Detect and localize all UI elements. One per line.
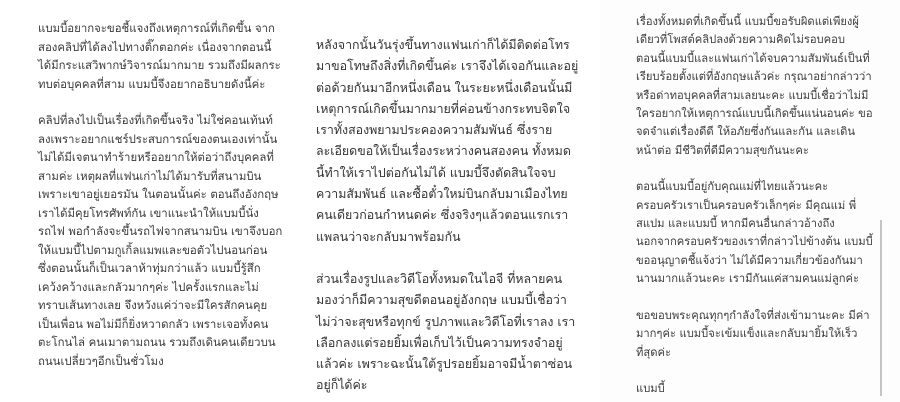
- paragraph-photos-videos: ส่วนเรื่องรูปและวิดีโอทั้งหมดในไอจี ที่ห…: [316, 268, 590, 396]
- scrollbar[interactable]: [880, 220, 882, 396]
- paragraph-responsibility: เรื่องทั้งหมดที่เกิดขึ้นนี้ แบมบี้ขอรับผ…: [636, 13, 900, 160]
- signature: แบมบี้: [636, 380, 900, 398]
- statement-panel-2: หลังจากนั้นวันรุ่งขึ้นทางแฟนเก่าก็ได้มีต…: [300, 0, 590, 402]
- paragraph-intro: แบมบี้อยากจะขอชี้แจงถึงเหตุการณ์ที่เกิดข…: [38, 19, 290, 93]
- paragraph-aftermath: หลังจากนั้นวันรุ่งขึ้นทางแฟนเก่าก็ได้มีต…: [316, 34, 590, 247]
- statement-panel-3: เรื่องทั้งหมดที่เกิดขึ้นนี้ แบมบี้ขอรับผ…: [600, 0, 900, 402]
- paragraph-thanks: ขอขอบพระคุณทุกๆกำลังใจที่ส่งเข้ามานะคะ ม…: [636, 307, 900, 362]
- paragraph-clip-explanation: คลิปที่ลงไปเป็นเรื่องที่เกิดขึ้นจริง ไม่…: [38, 111, 290, 370]
- paragraph-family: ตอนนี้แบมบี้อยู่กับคุณแม่ที่ไทยแล้วนะคะ …: [636, 178, 900, 288]
- statement-panel-1: แบมบี้อยากจะขอชี้แจงถึงเหตุการณ์ที่เกิดข…: [0, 0, 290, 402]
